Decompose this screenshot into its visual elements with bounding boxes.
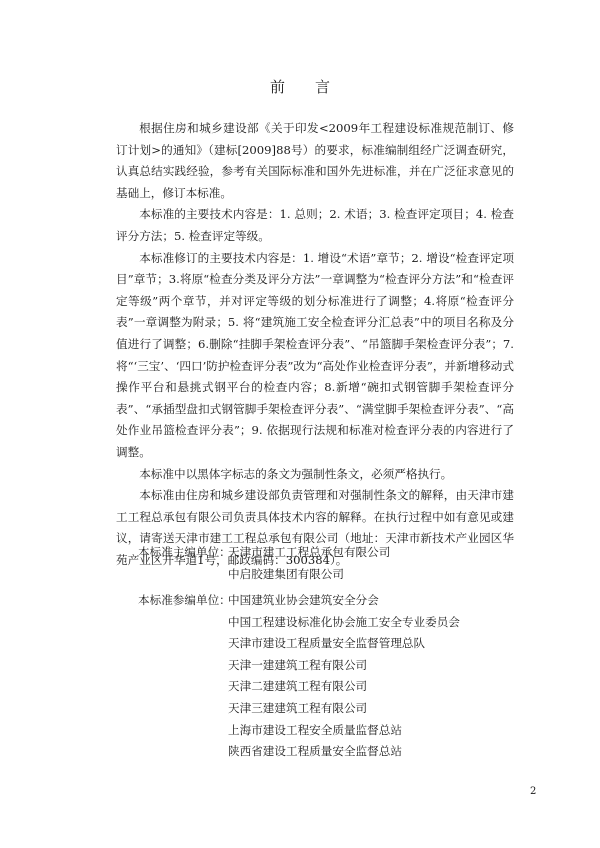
participating-unit-row: 上海市建设工程安全质量监督总站	[116, 720, 536, 742]
page-number: 2	[530, 786, 536, 797]
chief-unit-name: 天津市建工工程总承包有限公司	[228, 542, 536, 564]
title-char-2: 言	[315, 76, 330, 97]
document-page: 前言 根据住房和城乡建设部《关于印发<2009年工程建设标准规范制订、修订计划>…	[0, 0, 600, 848]
participating-unit-name: 中国工程建设标准化协会施工安全专业委员会	[228, 612, 536, 634]
title-char-1: 前	[270, 76, 285, 97]
participating-unit-name: 天津二建建筑工程有限公司	[228, 676, 536, 698]
participating-unit-name: 陕西省建设工程质量安全监督总站	[228, 741, 536, 763]
participating-unit-row: 天津三建建筑工程有限公司	[116, 698, 536, 720]
participating-unit-name: 中国建筑业协会建筑安全分会	[228, 590, 536, 612]
participating-unit-row: 天津一建建筑工程有限公司	[116, 655, 536, 677]
participating-unit-row: 天津市建设工程质量安全监督管理总队	[116, 633, 536, 655]
participating-unit-row: 本标准参编单位： 中国建筑业协会建筑安全分会	[116, 590, 536, 612]
participating-unit-name: 天津一建建筑工程有限公司	[228, 655, 536, 677]
participating-unit-name: 天津市建设工程质量安全监督管理总队	[228, 633, 536, 655]
paragraph-basis: 根据住房和城乡建设部《关于印发<2009年工程建设标准规范制订、修订计划>的通知…	[116, 118, 514, 204]
paragraph-revisions: 本标准修订的主要技术内容是：1. 增设“术语”章节；2. 增设“检查评定项目”章…	[116, 248, 514, 464]
participating-units: 本标准参编单位： 中国建筑业协会建筑安全分会 中国工程建设标准化协会施工安全专业…	[116, 590, 536, 763]
page-title: 前言	[0, 76, 600, 97]
participating-unit-name: 天津三建建筑工程有限公司	[228, 698, 536, 720]
chief-units: 本标准主编单位： 天津市建工工程总承包有限公司 中启胶建集团有限公司	[116, 542, 536, 585]
paragraph-mandatory: 本标准中以黑体字标志的条文为强制性条文，必须严格执行。	[116, 464, 514, 486]
chief-unit-row: 本标准主编单位： 天津市建工工程总承包有限公司	[116, 542, 536, 564]
chief-units-label: 本标准主编单位：	[116, 542, 228, 564]
participating-units-label: 本标准参编单位：	[116, 590, 228, 612]
chief-unit-row: 中启胶建集团有限公司	[116, 564, 536, 586]
participating-unit-row: 陕西省建设工程质量安全监督总站	[116, 741, 536, 763]
participating-unit-name: 上海市建设工程安全质量监督总站	[228, 720, 536, 742]
participating-unit-row: 中国工程建设标准化协会施工安全专业委员会	[116, 612, 536, 634]
paragraph-main-content: 本标准的主要技术内容是：1. 总则；2. 术语；3. 检查评定项目；4. 检查评…	[116, 204, 514, 247]
preface-body: 根据住房和城乡建设部《关于印发<2009年工程建设标准规范制订、修订计划>的通知…	[116, 118, 514, 571]
chief-unit-name: 中启胶建集团有限公司	[228, 564, 536, 586]
participating-unit-row: 天津二建建筑工程有限公司	[116, 676, 536, 698]
